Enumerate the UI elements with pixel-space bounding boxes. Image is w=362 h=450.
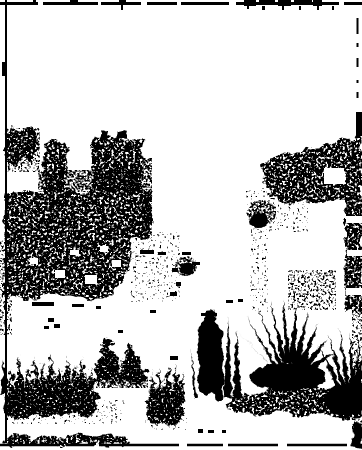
right-ruin-window-hole — [324, 168, 346, 184]
right-ruin-lower-specks — [288, 270, 336, 310]
left-ruin-left-edge-texture — [0, 240, 12, 335]
halftone-photograph — [0, 0, 362, 450]
center-tree-upper-specks — [246, 188, 270, 216]
bush-base-texture — [96, 376, 148, 388]
grass-mid-ground-specks — [145, 418, 187, 430]
right-ruin-edge-lower-specks — [352, 310, 362, 332]
left-ruin-base — [5, 192, 152, 238]
left-ruin-sparse-right — [130, 232, 180, 302]
left-ruin-lower-mass — [5, 238, 132, 300]
figure-hat-brim — [201, 313, 217, 316]
alley-bush-core — [179, 263, 193, 275]
center-tree-trunk-specks — [250, 228, 268, 312]
left-ruin-mid-band — [38, 170, 142, 192]
left-ruin-tower-2-stub-a — [100, 131, 108, 139]
left-ruin-topleft-texture — [6, 128, 40, 172]
left-ruin-tower-2-stub-b — [117, 131, 127, 138]
grass-left-ground-specks — [5, 400, 125, 424]
right-ruin-above-roof-bit — [356, 112, 362, 136]
scanned-photo-page — [0, 0, 362, 450]
left-border-blob — [2, 62, 7, 76]
